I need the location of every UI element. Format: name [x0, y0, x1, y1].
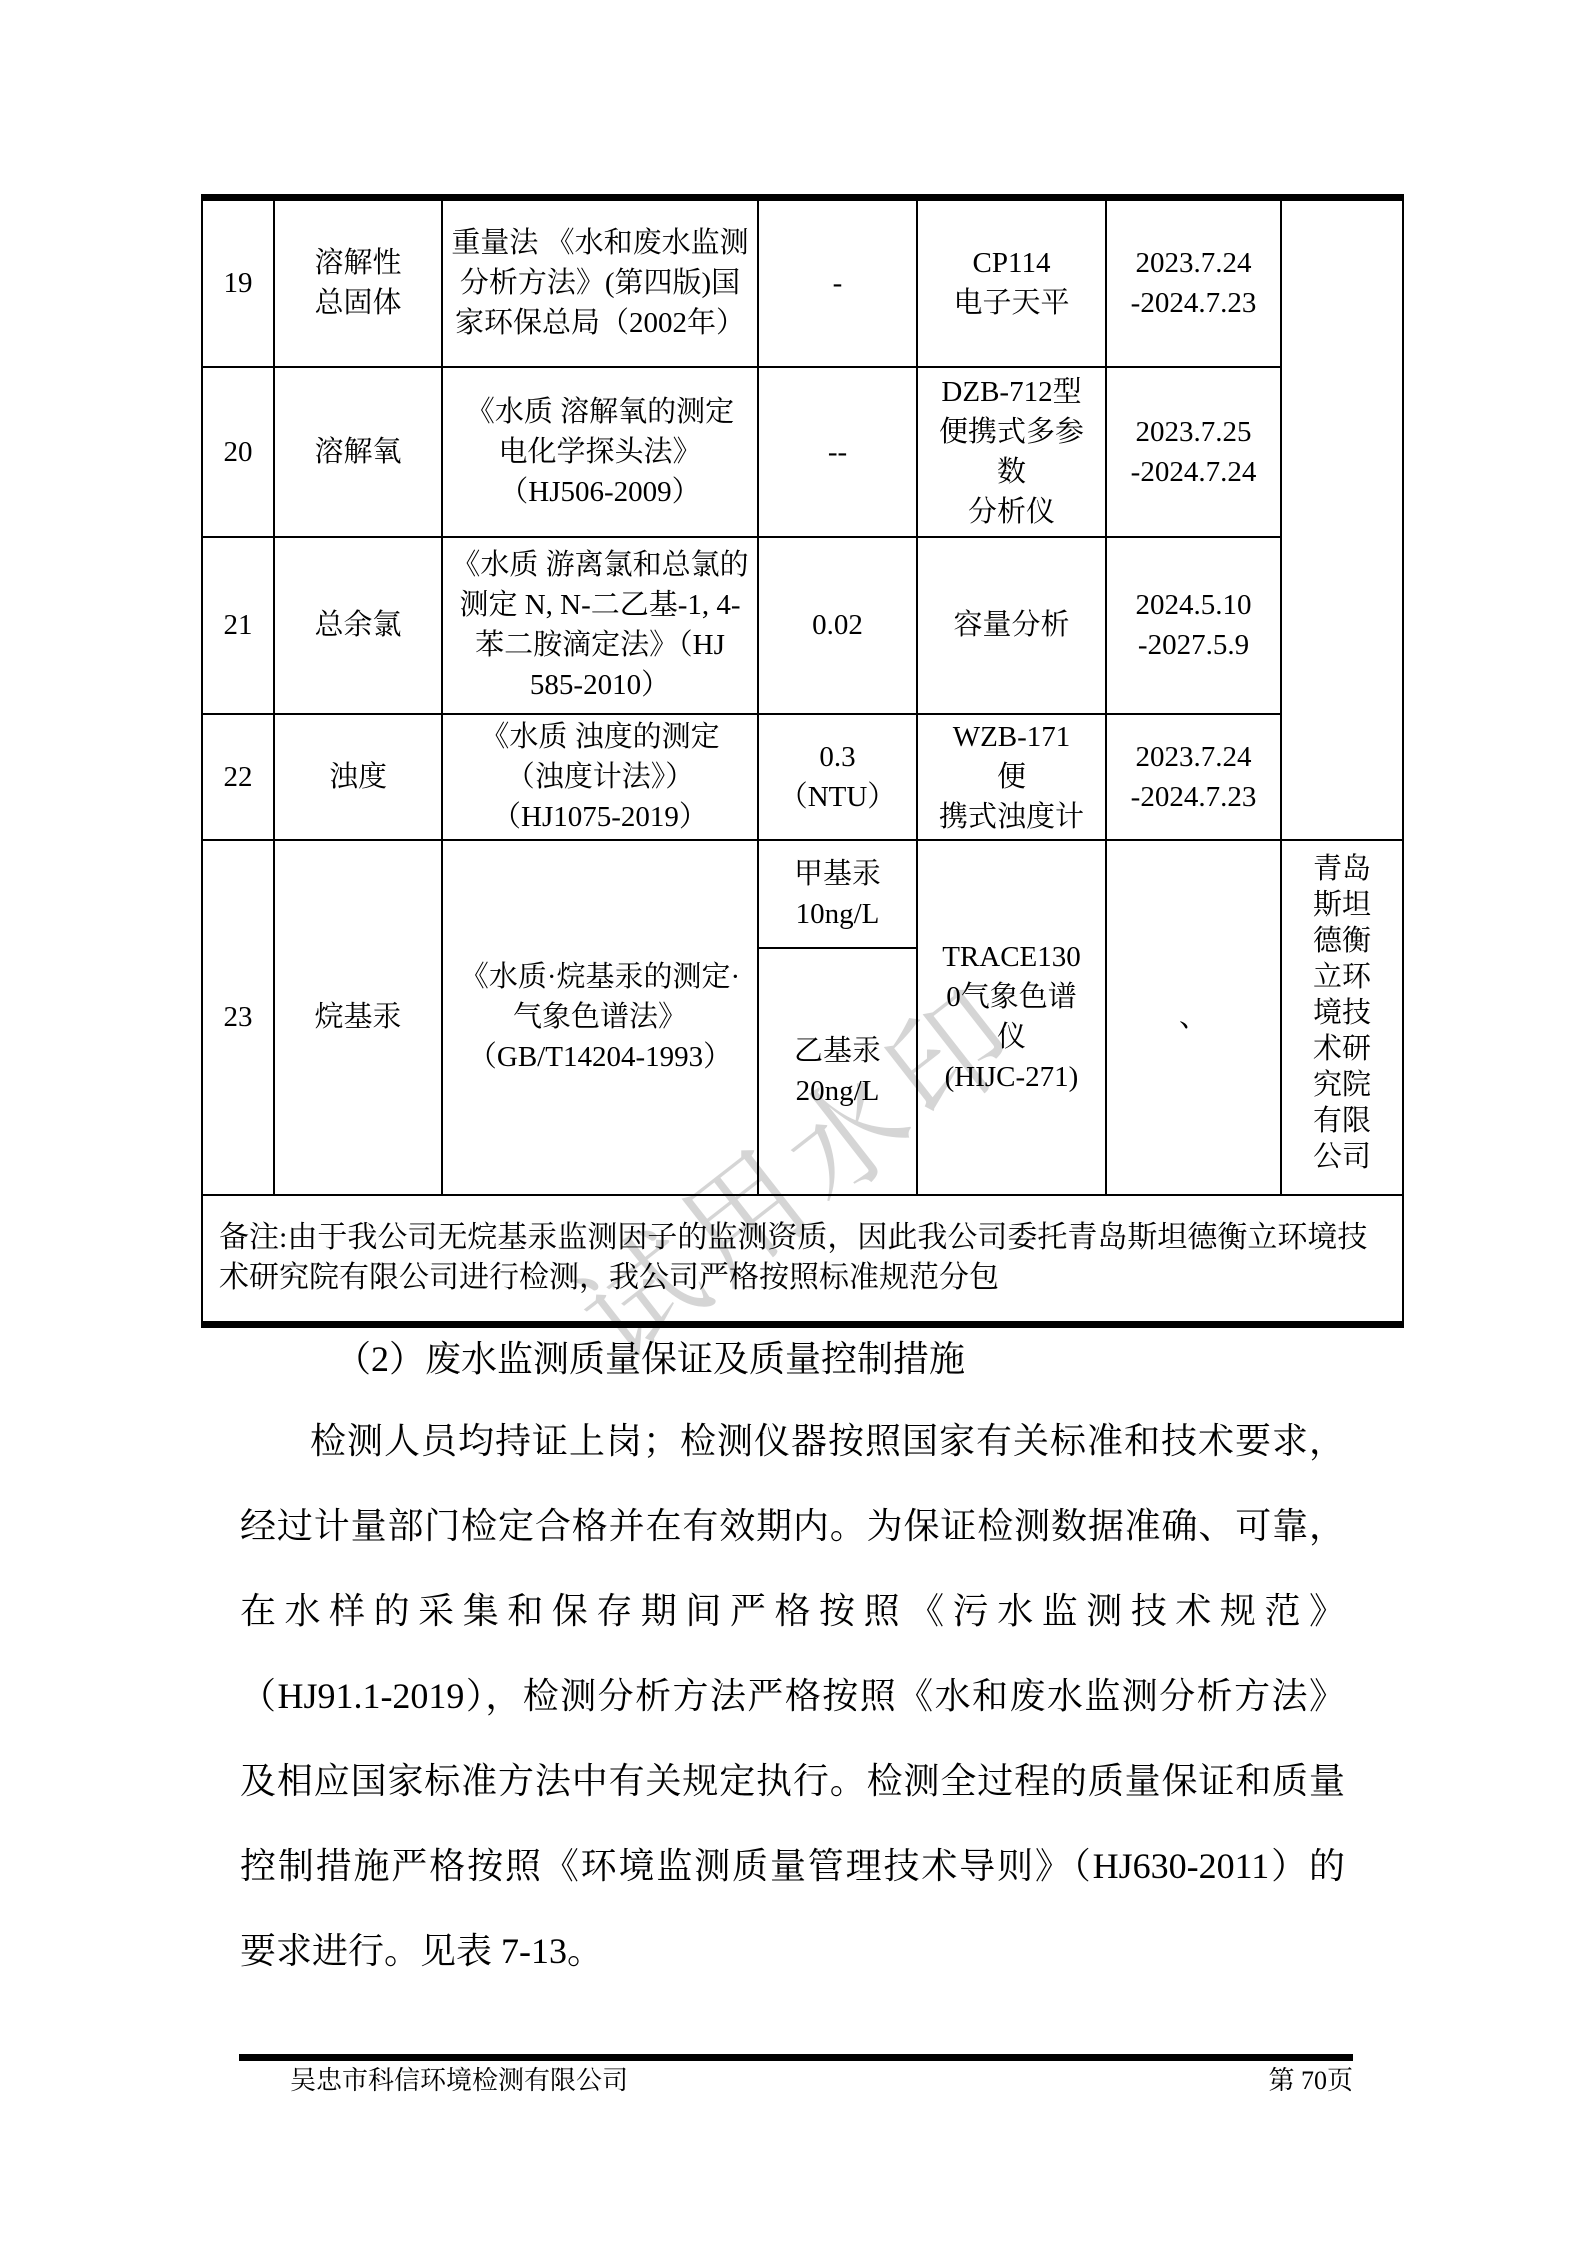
row21-valid-period: 2024.5.10 -2027.5.9 [1106, 537, 1281, 714]
paragraph-line-1: 检测人员均持证上岗；检测仪器按照国家有关标准和技术要求， [240, 1419, 1345, 1463]
monitoring-methods-table: 19 溶解性 总固体 重量法 《水和废水监测分析方法》(第四版)国家环保总局（2… [201, 194, 1404, 1328]
row20-detection-limit: -- [758, 367, 917, 537]
row21-no: 21 [202, 537, 274, 714]
row20-method: 《水质 溶解氧的测定 电化学探头法》（HJ506-2009） [442, 367, 758, 537]
row19-valid-period: 2023.7.24 -2024.7.23 [1106, 198, 1281, 367]
row23-limit-ethylmercury: 乙基汞 20ng/L [758, 948, 917, 1195]
row21-detection-limit: 0.02 [758, 537, 917, 714]
row19-method: 重量法 《水和废水监测分析方法》(第四版)国家环保总局（2002年） [442, 198, 758, 367]
table-row-19: 19 溶解性 总固体 重量法 《水和废水监测分析方法》(第四版)国家环保总局（2… [202, 198, 1403, 367]
row20-valid-period: 2023.7.25 -2024.7.24 [1106, 367, 1281, 537]
table-row-20: 20 溶解氧 《水质 溶解氧的测定 电化学探头法》（HJ506-2009） --… [202, 367, 1403, 537]
row19-parameter: 溶解性 总固体 [274, 198, 442, 367]
row22-instrument: WZB-171 便 携式浊度计 [917, 714, 1106, 840]
row21-method: 《水质 游离氯和总氯的测定 N, N-二乙基-1, 4-苯二胺滴定法》（HJ 5… [442, 537, 758, 714]
paragraph-line-7: 要求进行。见表 7-13。 [240, 1929, 1345, 1973]
row23-method: 《水质·烷基汞的测定·气象色谱法》（GB/T14204-1993） [442, 840, 758, 1195]
row23-instrument: TRACE130 0气象色谱 仪 (HIJC-271) [917, 840, 1106, 1195]
row23-parameter: 烷基汞 [274, 840, 442, 1195]
paragraph-line-4: （HJ91.1-2019），检测分析方法严格按照《水和废水监测分析方法》 [240, 1674, 1345, 1718]
section-heading: （2）废水监测质量保证及质量控制措施 [335, 1337, 965, 1381]
row22-detection-limit: 0.3 （NTU） [758, 714, 917, 840]
row21-parameter: 总余氯 [274, 537, 442, 714]
row19-detection-limit: - [758, 198, 917, 367]
row19-no: 19 [202, 198, 274, 367]
table-row-22: 22 浊度 《水质 浊度的测定 （浊度计法》）（HJ1075-2019） 0.3… [202, 714, 1403, 840]
subcontractor-empty-cell [1281, 198, 1403, 840]
row23-subcontractor: 青岛 斯坦 德衡 立环 境技 术研 究院 有限 公司 [1281, 840, 1403, 1195]
footer-page-number: 第 70页 [1268, 2064, 1353, 2098]
row23-no: 23 [202, 840, 274, 1195]
row21-instrument: 容量分析 [917, 537, 1106, 714]
row20-parameter: 溶解氧 [274, 367, 442, 537]
row22-no: 22 [202, 714, 274, 840]
row20-no: 20 [202, 367, 274, 537]
table-note-row: 备注:由于我公司无烷基汞监测因子的监测资质，因此我公司委托青岛斯坦德衡立环境技术… [202, 1195, 1403, 1325]
row22-parameter: 浊度 [274, 714, 442, 840]
row23-limit-methylmercury: 甲基汞 10ng/L [758, 840, 917, 948]
row22-valid-period: 2023.7.24 -2024.7.23 [1106, 714, 1281, 840]
table-row-23-methyl: 23 烷基汞 《水质·烷基汞的测定·气象色谱法》（GB/T14204-1993）… [202, 840, 1403, 948]
paragraph-line-5: 及相应国家标准方法中有关规定执行。检测全过程的质量保证和质量 [240, 1759, 1345, 1803]
row22-method: 《水质 浊度的测定 （浊度计法》）（HJ1075-2019） [442, 714, 758, 840]
row19-instrument: CP114 电子天平 [917, 198, 1106, 367]
footer-rule [239, 2054, 1353, 2061]
row23-valid-period: 、 [1106, 840, 1281, 1195]
document-page: 试用水印 19 溶解性 总固体 重量法 《水和废水监测分析方法》(第四版)国家环… [0, 0, 1587, 2245]
footer-company-name: 吴忠市科信环境检测有限公司 [290, 2064, 628, 2098]
paragraph-line-3: 在水样的采集和保存期间严格按照《污水监测技术规范》 [240, 1589, 1345, 1633]
table-note: 备注:由于我公司无烷基汞监测因子的监测资质，因此我公司委托青岛斯坦德衡立环境技术… [202, 1195, 1403, 1325]
table-row-21: 21 总余氯 《水质 游离氯和总氯的测定 N, N-二乙基-1, 4-苯二胺滴定… [202, 537, 1403, 714]
paragraph-line-2: 经过计量部门检定合格并在有效期内。为保证检测数据准确、可靠， [240, 1504, 1345, 1548]
paragraph-line-6: 控制措施严格按照《环境监测质量管理技术导则》（HJ630-2011）的 [240, 1844, 1345, 1888]
row20-instrument: DZB-712型 便携式多参 数 分析仪 [917, 367, 1106, 537]
